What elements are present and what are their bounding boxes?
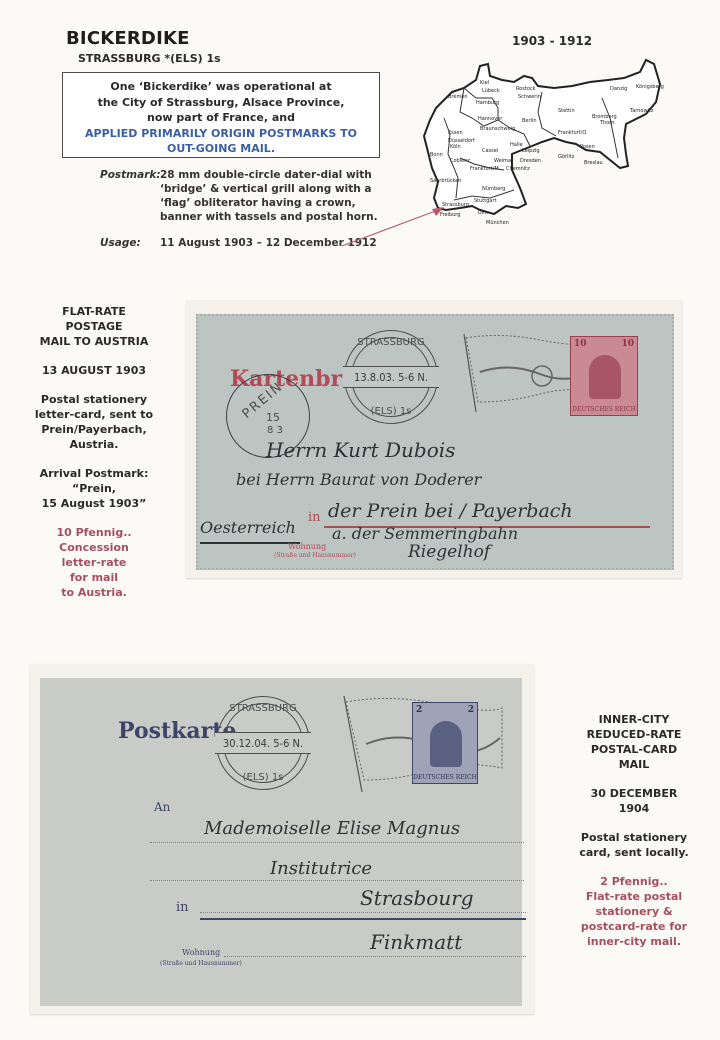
postmark-details: Postmark: 28 mm double-circle dater-dial… xyxy=(100,168,380,250)
svg-text:Chemnitz: Chemnitz xyxy=(506,166,530,172)
address-line: der Prein bei / Payerbach xyxy=(328,500,573,522)
postmark-city: STRASSBURG xyxy=(217,703,309,714)
wohnung-sublabel: (Straße und Hausnummer) xyxy=(160,960,242,967)
wohnung-sublabel: (Straße und Hausnummer) xyxy=(274,552,356,559)
stamp-2-pfennig: 2 2 DEUTSCHES REICH xyxy=(412,702,478,784)
stamp-value: 10 xyxy=(621,339,634,349)
svg-text:Köln: Köln xyxy=(450,144,461,150)
address-line: a. der Semmeringbahn xyxy=(332,524,518,543)
svg-text:Frankfurt/M.: Frankfurt/M. xyxy=(470,166,501,172)
svg-text:Braunschweig: Braunschweig xyxy=(480,126,515,132)
svg-text:Tarnowitz: Tarnowitz xyxy=(629,108,654,114)
annotation-heading: MAIL xyxy=(556,757,712,772)
annotation-rate: for mail xyxy=(14,570,174,585)
country-handwritten: Oesterreich xyxy=(200,518,296,537)
svg-text:Hamburg: Hamburg xyxy=(476,100,499,106)
svg-text:Ulm: Ulm xyxy=(478,210,488,216)
annotation-desc: Postal stationery xyxy=(14,392,174,407)
stamp-value: 10 xyxy=(574,339,587,349)
intro-highlight: APPLIED PRIMARILY ORIGIN POSTMARKS TO xyxy=(69,126,373,142)
svg-text:Dresden: Dresden xyxy=(520,158,541,164)
in-label: in xyxy=(176,900,189,915)
germania-figure-icon xyxy=(430,721,462,767)
svg-text:Posen: Posen xyxy=(580,144,595,150)
annotation-rate: inner-city mail. xyxy=(556,934,712,949)
annotation-date: 30 DECEMBER xyxy=(556,786,712,801)
in-label: in xyxy=(308,510,321,525)
address-dotline xyxy=(150,880,524,881)
annotation-desc: letter-card, sent to xyxy=(14,407,174,422)
strassburg-postmark: STRASSBURG 13.8.03. 5-6 N. (ELS) 1s xyxy=(344,330,438,424)
annotation-date: 13 AUGUST 1903 xyxy=(14,363,174,378)
svg-text:Essen: Essen xyxy=(448,130,463,136)
stamp-value: 2 xyxy=(416,705,422,715)
country-underline xyxy=(200,542,300,544)
svg-text:Leipzig: Leipzig xyxy=(522,148,540,154)
svg-text:Coblenz: Coblenz xyxy=(450,158,470,164)
annotation-heading: INNER-CITY xyxy=(556,712,712,727)
address-line: Herrn Kurt Dubois xyxy=(266,438,455,462)
address-dotline xyxy=(224,956,526,957)
card1-annotation: FLAT-RATE POSTAGE MAIL TO AUSTRIA 13 AUG… xyxy=(14,304,174,600)
annotation-arrival: “Prein, xyxy=(14,481,174,496)
intro-line: One ‘Bickerdike’ was operational at xyxy=(69,79,373,95)
stamp-country: DEUTSCHES REICH xyxy=(413,774,477,781)
intro-line: now part of France, and xyxy=(69,110,373,126)
annotation-desc: card, sent locally. xyxy=(556,845,712,860)
postmark-date: 13.8.03. 5-6 N. xyxy=(343,366,439,388)
strassburg-postmark: STRASSBURG 30.12.04. 5-6 N. (ELS) 1s xyxy=(216,696,310,790)
address-line: Mademoiselle Elise Magnus xyxy=(204,818,460,839)
postmark-city: STRASSBURG xyxy=(345,337,437,348)
postmark-bottom: (ELS) 1s xyxy=(217,772,309,783)
annotation-date: 1904 xyxy=(556,801,712,816)
svg-text:Berlin: Berlin xyxy=(522,118,537,124)
annotation-rate: stationery & xyxy=(556,904,712,919)
annotation-arrival: 15 August 1903” xyxy=(14,496,174,511)
stamp-10-pfennig: 10 10 DEUTSCHES REICH xyxy=(570,336,638,416)
svg-text:Frankfurt/O.: Frankfurt/O. xyxy=(558,130,588,136)
annotation-rate: 10 Pfennig.. xyxy=(14,525,174,540)
germany-map-illustration: KielLübeck RostockSchwerin HamburgBremen… xyxy=(414,58,684,228)
svg-text:Stettin: Stettin xyxy=(558,108,575,114)
svg-text:Görlitz: Görlitz xyxy=(558,154,575,160)
annotation-rate: 2 Pfennig.. xyxy=(556,874,712,889)
annotation-rate: postcard-rate for xyxy=(556,919,712,934)
page-subtitle: STRASSBURG *(ELS) 1s xyxy=(78,52,221,65)
address-underline xyxy=(200,918,526,920)
wohnung-label: Wohnung xyxy=(288,542,326,551)
intro-highlight: OUT-GOING MAIL. xyxy=(69,141,373,157)
address-line: bei Herrn Baurat von Doderer xyxy=(236,470,481,489)
svg-text:Halle: Halle xyxy=(510,142,523,148)
svg-text:Hannover: Hannover xyxy=(478,116,503,122)
usage-label: Usage: xyxy=(100,236,160,250)
wohnung-label: Wohnung xyxy=(182,948,220,957)
svg-text:Bonn: Bonn xyxy=(430,152,443,158)
arrival-postmark-day: 15 xyxy=(237,411,309,424)
svg-text:Danzig: Danzig xyxy=(610,86,627,92)
annotation-arrival: Arrival Postmark: xyxy=(14,466,174,481)
svg-text:Saarbrücken: Saarbrücken xyxy=(430,178,461,184)
svg-text:Schwerin: Schwerin xyxy=(518,94,541,100)
intro-box: One ‘Bickerdike’ was operational at the … xyxy=(62,72,380,158)
an-label: An xyxy=(154,800,170,814)
svg-text:Thorn: Thorn xyxy=(599,120,614,126)
annotation-rate: letter-rate xyxy=(14,555,174,570)
annotation-desc: Prein/Payerbach, xyxy=(14,422,174,437)
postmark-bottom: (ELS) 1s xyxy=(345,406,437,417)
svg-text:Lübeck: Lübeck xyxy=(482,88,500,94)
postmark-desc-line: ‘bridge’ & vertical grill along with a xyxy=(160,182,378,196)
svg-text:Rostock: Rostock xyxy=(516,86,536,92)
svg-text:Breslau: Breslau xyxy=(584,160,603,166)
arrival-postmark-month: 8 3 xyxy=(241,425,309,436)
card2-annotation: INNER-CITY REDUCED-RATE POSTAL-CARD MAIL… xyxy=(556,712,712,949)
page-title: BICKERDIKE xyxy=(66,28,190,49)
annotation-rate: Flat-rate postal xyxy=(556,889,712,904)
germania-figure-icon xyxy=(589,355,621,399)
intro-line: the City of Strassburg, Alsace Province, xyxy=(69,95,373,111)
address-line: Institutrice xyxy=(270,858,372,879)
postmark-date: 30.12.04. 5-6 N. xyxy=(215,732,311,754)
address-line: Strasbourg xyxy=(360,886,474,910)
svg-text:München: München xyxy=(486,220,509,226)
stamp-value: 2 xyxy=(468,705,474,715)
annotation-rate: to Austria. xyxy=(14,585,174,600)
postmark-label: Postmark: xyxy=(100,168,160,224)
annotation-heading: POSTAL-CARD xyxy=(556,742,712,757)
stamp-country: DEUTSCHES REICH xyxy=(571,406,637,413)
address-line: Riegelhof xyxy=(408,542,490,562)
postmark-desc-line: 28 mm double-circle dater-dial with xyxy=(160,168,378,182)
annotation-desc: Austria. xyxy=(14,437,174,452)
svg-text:Königsberg: Königsberg xyxy=(636,84,664,90)
kartenbrief-card: Kartenbrief PREIN 15 8 3 STRASSBURG 13.8… xyxy=(196,314,674,570)
annotation-heading: MAIL TO AUSTRIA xyxy=(14,334,174,349)
annotation-desc: Postal stationery xyxy=(556,830,712,845)
svg-text:Kiel: Kiel xyxy=(480,80,489,86)
svg-text:Stuttgart: Stuttgart xyxy=(474,198,497,204)
annotation-heading: FLAT-RATE xyxy=(14,304,174,319)
map-period: 1903 - 1912 xyxy=(512,34,592,48)
svg-text:Bremen: Bremen xyxy=(448,94,468,100)
svg-text:Cassel: Cassel xyxy=(482,148,498,154)
svg-text:Nürnberg: Nürnberg xyxy=(482,186,505,192)
address-dotline xyxy=(200,912,526,913)
annotation-heading: REDUCED-RATE xyxy=(556,727,712,742)
map-pointer-arrow xyxy=(340,200,450,250)
svg-text:Weimar: Weimar xyxy=(494,158,514,164)
address-line: Finkmatt xyxy=(370,930,462,954)
annotation-heading: POSTAGE xyxy=(14,319,174,334)
postkarte-card: Postkarte STRASSBURG 30.12.04. 5-6 N. (E… xyxy=(40,678,522,1006)
address-dotline xyxy=(150,842,524,843)
annotation-rate: Concession xyxy=(14,540,174,555)
